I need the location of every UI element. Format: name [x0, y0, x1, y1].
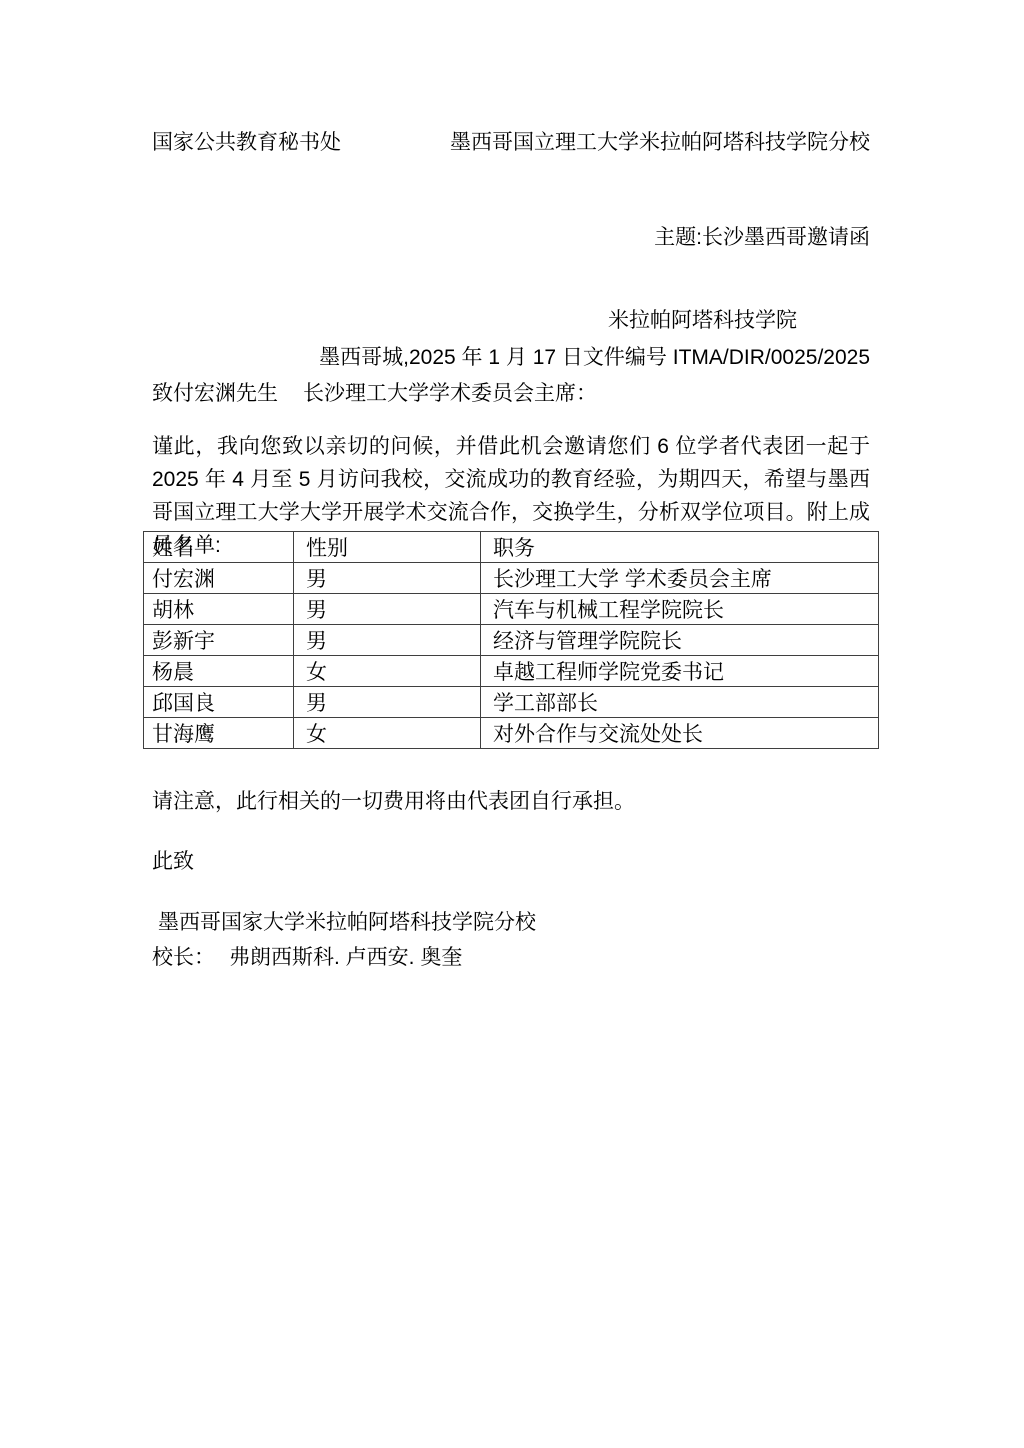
- member-title-cell: 卓越工程师学院党委书记: [481, 656, 879, 687]
- salutation-line: 致付宏渊先生长沙理工大学学术委员会主席：: [152, 382, 597, 406]
- date-reference-line: 墨西哥城,2025 年 1 月 17 日文件编号 ITMA/DIR/0025/2…: [152, 346, 870, 370]
- closing-line: 此致: [152, 850, 194, 874]
- header-cell-name: 姓名: [144, 532, 294, 563]
- member-gender-cell: 女: [294, 656, 481, 687]
- salutation-recipient: 致付宏渊先生: [152, 382, 278, 405]
- principal-name: 弗朗西斯科. 卢西安. 奥奎: [229, 946, 462, 969]
- member-title-cell: 经济与管理学院院长: [481, 625, 879, 656]
- table-row: 邱国良 男 学工部部长: [144, 687, 879, 718]
- member-title-cell: 对外合作与交流处处长: [481, 718, 879, 749]
- member-name-cell: 付宏渊: [144, 563, 294, 594]
- principal-role-label: 校长：: [152, 946, 215, 969]
- member-gender-cell: 男: [294, 594, 481, 625]
- table-row: 杨晨 女 卓越工程师学院党委书记: [144, 656, 879, 687]
- table-header-row: 姓名 性别 职务: [144, 532, 879, 563]
- letterhead-row: 国家公共教育秘书处 墨西哥国立理工大学米拉帕阿塔科技学院分校: [152, 131, 870, 155]
- member-title-cell: 学工部部长: [481, 687, 879, 718]
- member-gender-cell: 女: [294, 718, 481, 749]
- table-row: 彭新宇 男 经济与管理学院院长: [144, 625, 879, 656]
- member-name-cell: 邱国良: [144, 687, 294, 718]
- expenses-note: 请注意，此行相关的一切费用将由代表团自行承担。: [152, 790, 635, 814]
- table-row: 付宏渊 男 长沙理工大学 学术委员会主席: [144, 563, 879, 594]
- header-cell-gender: 性别: [294, 532, 481, 563]
- member-gender-cell: 男: [294, 687, 481, 718]
- table-row: 胡林 男 汽车与机械工程学院院长: [144, 594, 879, 625]
- header-right-org: 墨西哥国立理工大学米拉帕阿塔科技学院分校: [450, 131, 870, 155]
- header-cell-title: 职务: [481, 532, 879, 563]
- member-gender-cell: 男: [294, 563, 481, 594]
- member-name-cell: 甘海鹰: [144, 718, 294, 749]
- member-name-cell: 杨晨: [144, 656, 294, 687]
- member-title-cell: 长沙理工大学 学术委员会主席: [481, 563, 879, 594]
- table-row: 甘海鹰 女 对外合作与交流处处长: [144, 718, 879, 749]
- salutation-recipient-title: 长沙理工大学学术委员会主席：: [303, 382, 597, 405]
- signature-principal-line: 校长：弗朗西斯科. 卢西安. 奥奎: [152, 946, 462, 970]
- members-table: 姓名 性别 职务 付宏渊 男 长沙理工大学 学术委员会主席 胡林 男 汽车与机械…: [143, 531, 879, 749]
- member-gender-cell: 男: [294, 625, 481, 656]
- letter-page: 国家公共教育秘书处 墨西哥国立理工大学米拉帕阿塔科技学院分校 主题:长沙墨西哥邀…: [0, 0, 1024, 1448]
- member-name-cell: 胡林: [144, 594, 294, 625]
- institute-name-line: 米拉帕阿塔科技学院: [152, 309, 797, 333]
- signature-org-line: 墨西哥国家大学米拉帕阿塔科技学院分校: [158, 911, 536, 935]
- subject-line: 主题:长沙墨西哥邀请函: [152, 226, 870, 250]
- header-left-org: 国家公共教育秘书处: [152, 131, 341, 155]
- member-title-cell: 汽车与机械工程学院院长: [481, 594, 879, 625]
- member-name-cell: 彭新宇: [144, 625, 294, 656]
